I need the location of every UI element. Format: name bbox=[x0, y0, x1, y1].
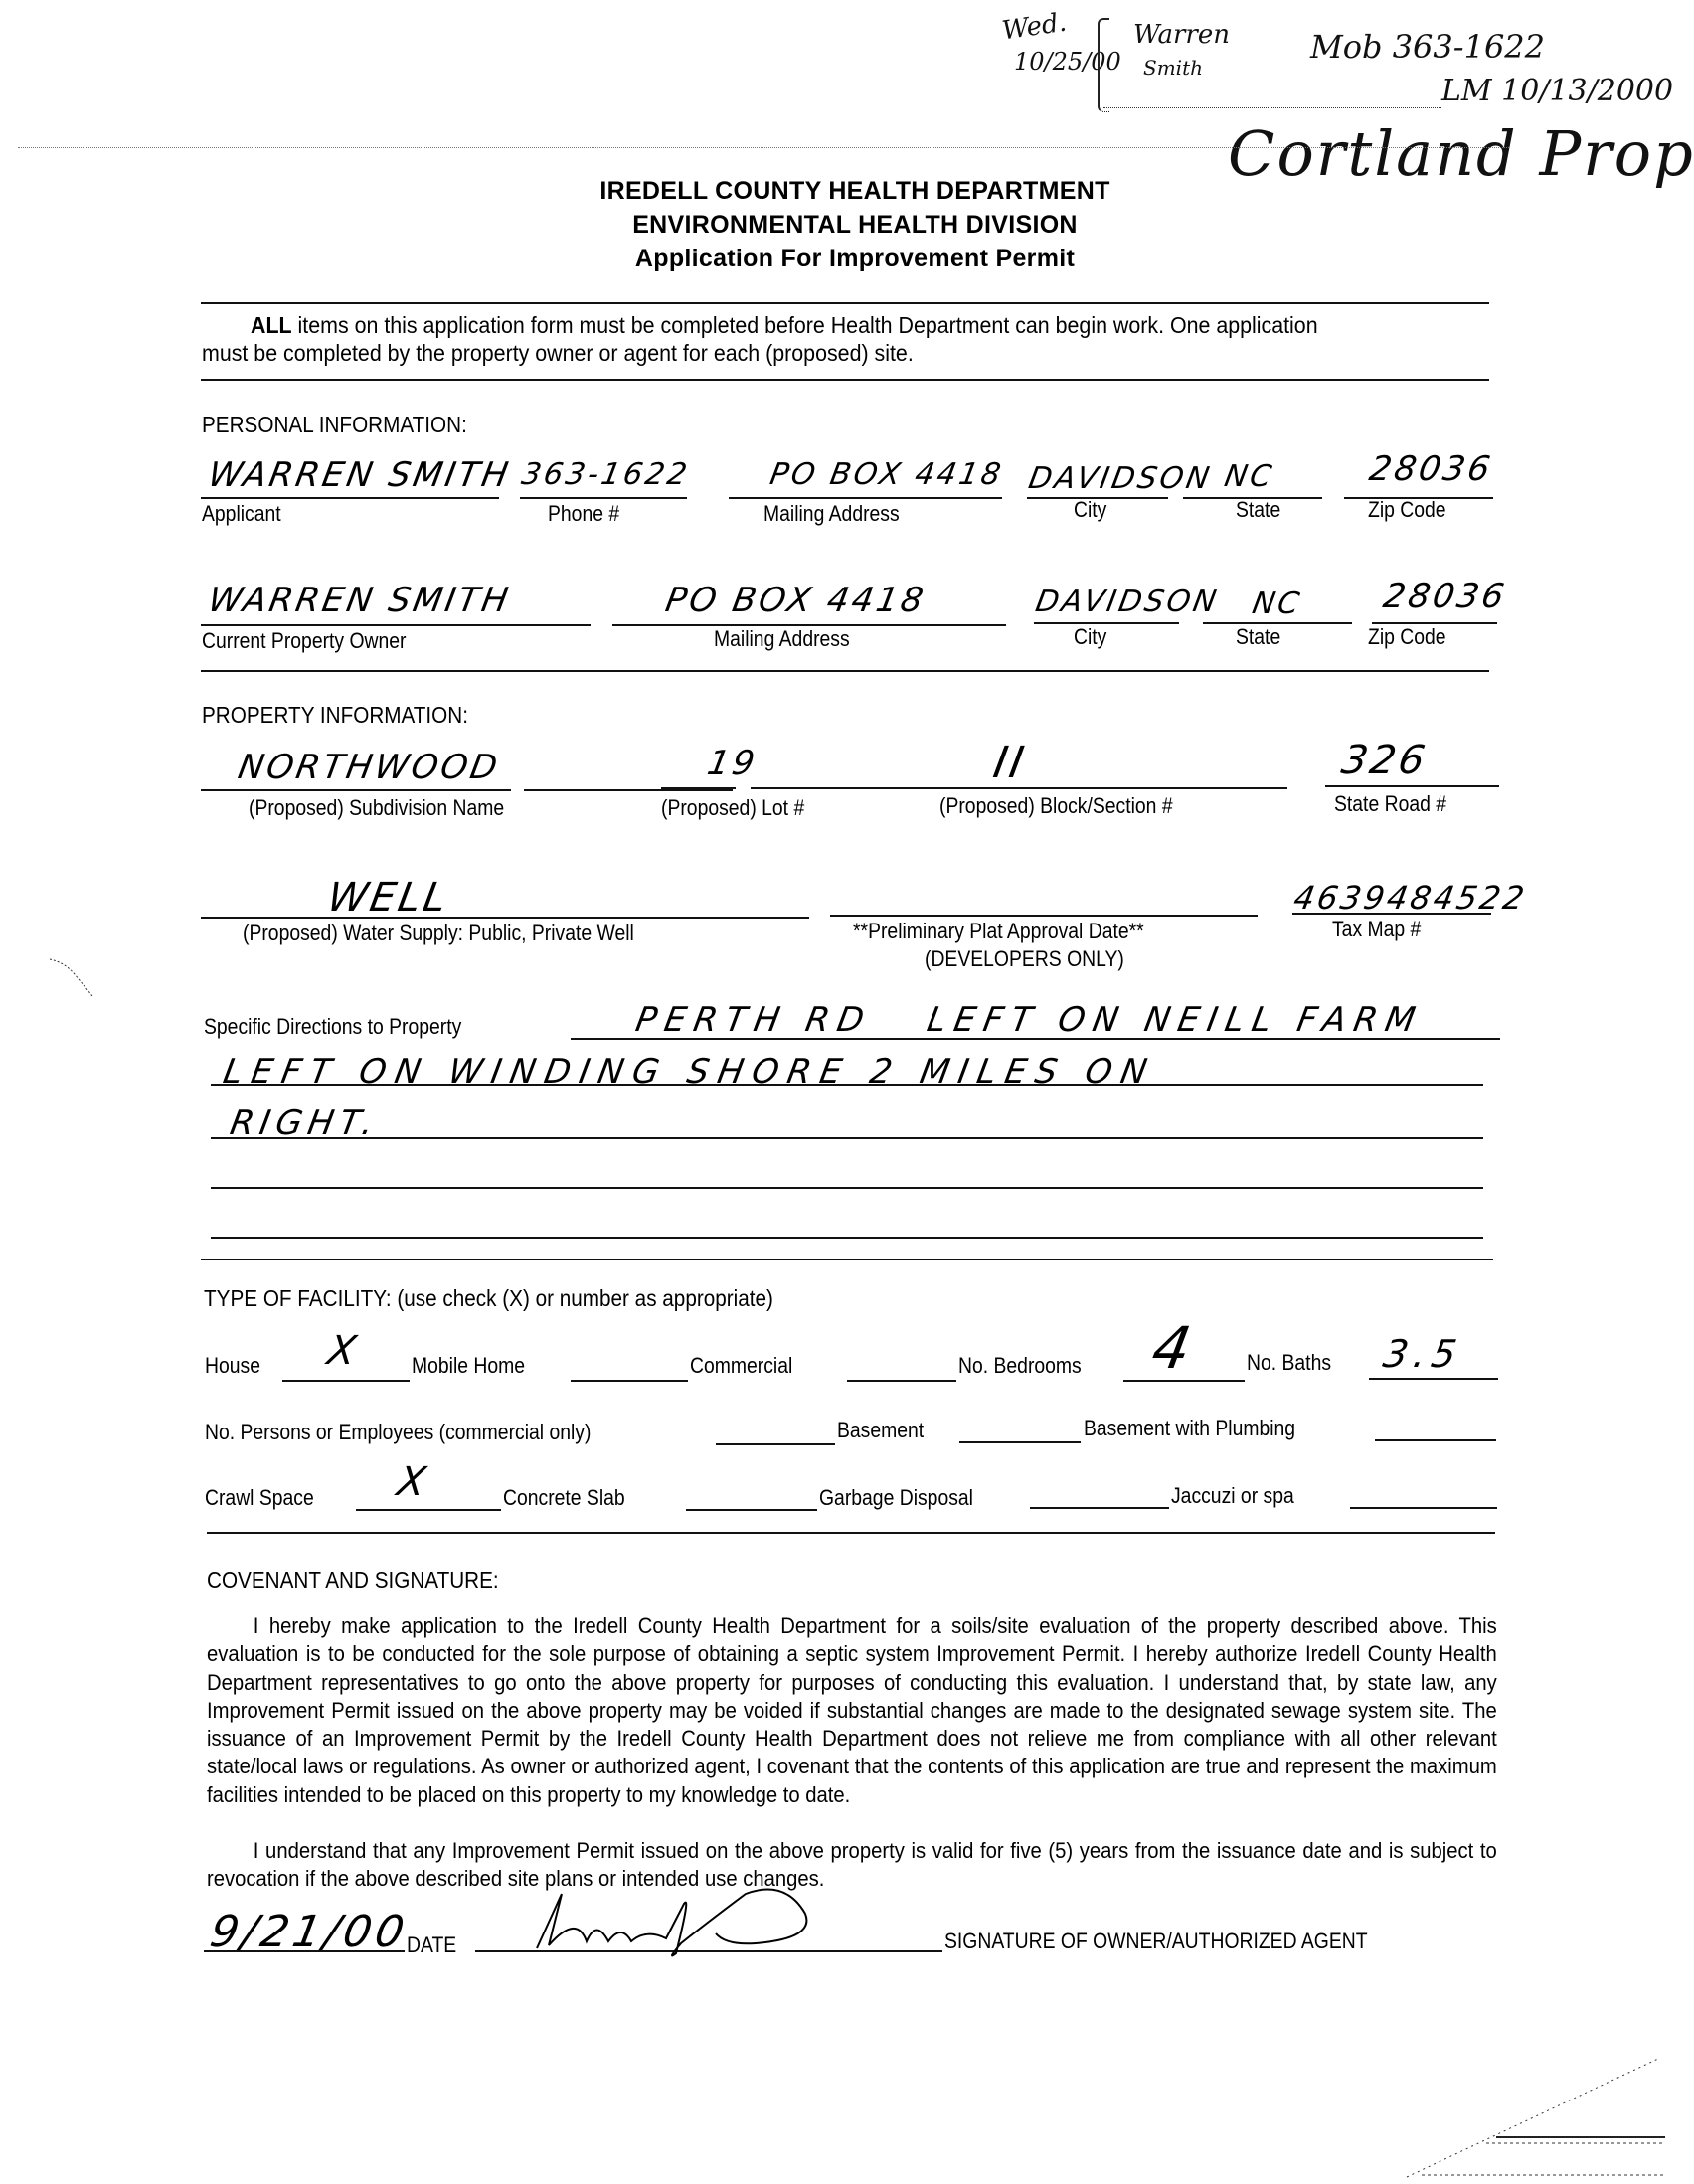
scan-dotted-line bbox=[18, 147, 1509, 148]
baths-line bbox=[1369, 1378, 1498, 1380]
tax-map-field[interactable]: 4639484522 bbox=[1291, 879, 1530, 917]
scan-artifact bbox=[1402, 2048, 1670, 2184]
road-underline bbox=[1325, 785, 1499, 787]
subdivision-underline bbox=[201, 789, 511, 791]
lot-field[interactable]: 19 bbox=[704, 744, 760, 783]
commercial-label: Commercial bbox=[690, 1353, 792, 1379]
owner-label: Current Property Owner bbox=[202, 628, 407, 654]
applicant-mailing-label: Mailing Address bbox=[763, 501, 900, 527]
owner-city-label: City bbox=[1074, 624, 1106, 650]
block-label: (Proposed) Block/Section # bbox=[939, 793, 1173, 819]
note-name-line1: Warren bbox=[1133, 20, 1230, 50]
plat-date-line bbox=[830, 915, 1258, 917]
applicant-city-label: City bbox=[1074, 497, 1106, 523]
applicant-mailing-line bbox=[729, 497, 1002, 499]
header-line2: ENVIRONMENTAL HEALTH DIVISION bbox=[408, 211, 1302, 240]
directions-text-1[interactable]: PERTH RD LEFT ON NEILL FARM bbox=[632, 1000, 1426, 1040]
covenant-paragraph-1: I hereby make application to the Iredell… bbox=[207, 1612, 1497, 1809]
subdivision-label: (Proposed) Subdivision Name bbox=[249, 795, 504, 821]
note-underline-dotted bbox=[1103, 107, 1441, 108]
applicant-zip-label: Zip Code bbox=[1368, 497, 1446, 523]
signature-label: SIGNATURE OF OWNER/AUTHORIZED AGENT bbox=[944, 1929, 1368, 1954]
crawl-space-line bbox=[356, 1509, 501, 1511]
signature-drawing[interactable] bbox=[517, 1884, 954, 1963]
house-field[interactable]: X bbox=[324, 1328, 363, 1374]
directions-text-3[interactable]: RIGHT. bbox=[227, 1103, 382, 1143]
crawl-space-label: Crawl Space bbox=[205, 1485, 314, 1511]
applicant-mailing-field[interactable]: PO BOX 4418 bbox=[767, 457, 1006, 492]
owner-mailing-label: Mailing Address bbox=[714, 626, 850, 652]
basement-label: Basement bbox=[837, 1418, 924, 1443]
directions-line-3 bbox=[211, 1137, 1483, 1139]
directions-label: Specific Directions to Property bbox=[204, 1014, 461, 1040]
owner-zip-label: Zip Code bbox=[1368, 624, 1446, 650]
owner-mailing-field[interactable]: PO BOX 4418 bbox=[662, 581, 929, 620]
bedrooms-field[interactable]: 4 bbox=[1147, 1314, 1199, 1382]
plat-date-label: **Preliminary Plat Approval Date** bbox=[853, 919, 1144, 944]
date-label: DATE bbox=[407, 1932, 456, 1958]
note-day: Wed. bbox=[1000, 8, 1068, 47]
basement-line bbox=[959, 1441, 1081, 1443]
mobile-home-label: Mobile Home bbox=[412, 1353, 525, 1379]
plat-developers-label: (DEVELOPERS ONLY) bbox=[925, 946, 1124, 972]
water-supply-label: (Proposed) Water Supply: Public, Private… bbox=[243, 921, 634, 946]
jacuzzi-label: Jaccuzi or spa bbox=[1171, 1483, 1294, 1509]
basement-plumbing-label: Basement with Plumbing bbox=[1084, 1416, 1295, 1441]
section-property-title: PROPERTY INFORMATION: bbox=[202, 702, 468, 729]
directions-text-2[interactable]: LEFT ON WINDING SHORE 2 MILES ON bbox=[220, 1052, 1158, 1092]
applicant-name-line bbox=[201, 497, 499, 499]
divider bbox=[201, 302, 1489, 304]
garbage-disposal-label: Garbage Disposal bbox=[819, 1485, 973, 1511]
instructions-line2: must be completed by the property owner … bbox=[202, 340, 914, 367]
section-personal-title: PERSONAL INFORMATION: bbox=[202, 412, 467, 438]
tax-map-label: Tax Map # bbox=[1332, 917, 1421, 942]
applicant-state-label: State bbox=[1236, 497, 1280, 523]
covenant-paragraph-1-text: I hereby make application to the Iredell… bbox=[207, 1613, 1497, 1807]
applicant-phone-label: Phone # bbox=[548, 501, 619, 527]
owner-name-field[interactable]: WARREN SMITH bbox=[205, 581, 513, 620]
concrete-slab-line bbox=[686, 1509, 817, 1511]
road-label: State Road # bbox=[1334, 791, 1446, 817]
header-line1: IREDELL COUNTY HEALTH DEPARTMENT bbox=[408, 177, 1302, 206]
water-supply-line bbox=[201, 917, 809, 919]
concrete-slab-label: Concrete Slab bbox=[503, 1485, 625, 1511]
subdivision-field[interactable]: NORTHWOOD bbox=[235, 748, 503, 787]
directions-line-5 bbox=[211, 1237, 1483, 1239]
commercial-line bbox=[847, 1380, 956, 1382]
applicant-label: Applicant bbox=[202, 501, 281, 527]
applicant-zip-field[interactable]: 28036 bbox=[1366, 449, 1495, 489]
owner-zip-field[interactable]: 28036 bbox=[1380, 577, 1509, 616]
divider bbox=[201, 1259, 1493, 1260]
applicant-phone-line bbox=[520, 497, 687, 499]
applicant-city-field[interactable]: DAVIDSON bbox=[1026, 461, 1215, 496]
owner-state-field[interactable]: NC bbox=[1250, 587, 1305, 621]
mobile-home-line bbox=[571, 1380, 688, 1382]
garbage-disposal-line bbox=[1030, 1507, 1169, 1509]
margin-mark bbox=[45, 954, 104, 1004]
divider bbox=[201, 379, 1489, 381]
plat-date-field[interactable] bbox=[892, 879, 1255, 909]
header-line3: Application For Improvement Permit bbox=[408, 245, 1302, 273]
lot-underline bbox=[524, 789, 733, 791]
note-name-line2: Smith bbox=[1143, 56, 1203, 80]
basement-plumbing-line bbox=[1375, 1439, 1496, 1441]
applicant-name-field[interactable]: WARREN SMITH bbox=[205, 455, 513, 495]
baths-label: No. Baths bbox=[1247, 1350, 1331, 1376]
jacuzzi-line bbox=[1350, 1507, 1497, 1509]
directions-line-4 bbox=[211, 1187, 1483, 1189]
divider bbox=[207, 1532, 1495, 1534]
baths-field[interactable]: 3.5 bbox=[1380, 1332, 1465, 1376]
date-field[interactable]: 9/21/00 bbox=[207, 1907, 413, 1957]
persons-line bbox=[716, 1443, 835, 1445]
note-phone: Mob 363-1622 bbox=[1310, 28, 1545, 66]
house-line bbox=[282, 1380, 410, 1382]
note-initials-date: LM 10/13/2000 bbox=[1441, 74, 1673, 108]
section-facility-title: TYPE OF FACILITY: (use check (X) or numb… bbox=[204, 1285, 773, 1312]
owner-city-field[interactable]: DAVIDSON bbox=[1033, 585, 1222, 619]
water-supply-field[interactable]: WELL bbox=[324, 875, 453, 921]
divider bbox=[201, 670, 1489, 672]
owner-state-label: State bbox=[1236, 624, 1280, 650]
owner-name-line bbox=[201, 624, 591, 626]
house-label: House bbox=[205, 1353, 260, 1379]
note-bracket bbox=[1098, 18, 1109, 112]
crawl-space-field[interactable]: X bbox=[394, 1459, 432, 1505]
instructions-text1: items on this application form must be c… bbox=[292, 312, 1318, 338]
instructions-bold: ALL bbox=[251, 312, 292, 338]
block-field[interactable]: II bbox=[990, 738, 1031, 788]
applicant-phone-field[interactable]: 363-1622 bbox=[519, 457, 693, 492]
bedrooms-label: No. Bedrooms bbox=[958, 1353, 1082, 1379]
applicant-state-field[interactable]: NC bbox=[1222, 459, 1277, 494]
road-field[interactable]: 326 bbox=[1338, 738, 1431, 783]
section-covenant-title: COVENANT AND SIGNATURE: bbox=[207, 1567, 499, 1594]
lot-label: (Proposed) Lot # bbox=[661, 795, 804, 821]
instructions-line1: ALL items on this application form must … bbox=[251, 312, 1318, 339]
persons-label: No. Persons or Employees (commercial onl… bbox=[205, 1420, 591, 1445]
